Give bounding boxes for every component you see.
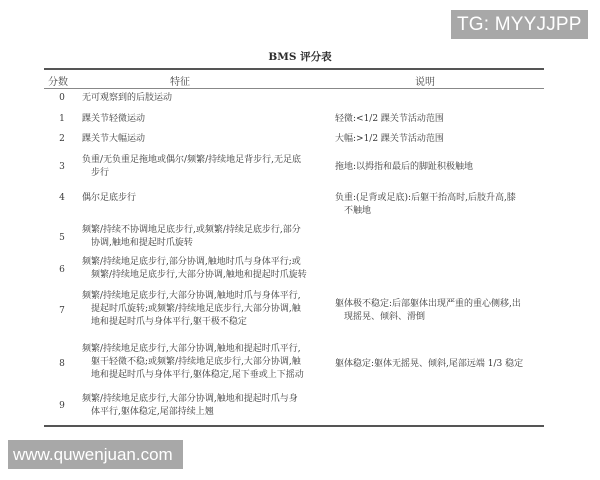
row-feature: 踝关节大幅运动 — [82, 133, 318, 146]
table-top-rule — [44, 68, 544, 70]
header-rule — [44, 88, 544, 89]
row-feature: 无可观察到的后肢运动 — [82, 92, 318, 105]
table-title: BMS 评分表 — [0, 49, 600, 64]
row-note: 躯体稳定:躯体无摇晃、倾斜,尾部远端 1/3 稳定 — [335, 358, 540, 371]
watermark-bottom: www.quwenjuan.com — [8, 440, 183, 469]
header-feature: 特征 — [170, 73, 190, 88]
row-score: 6 — [57, 264, 67, 277]
row-feature: 踝关节轻微运动 — [82, 113, 318, 126]
row-score: 1 — [57, 113, 67, 126]
row-score: 2 — [57, 133, 67, 146]
row-feature: 频繁/持续不协调地足底步行,或频繁/持续足底步行,部分 协调,触地和提起时爪旋转 — [82, 224, 318, 250]
row-feature: 频繁/持续地足底步行,大部分协调,触地和提起时爪与身 体平行,躯体稳定,尾部持续… — [82, 393, 318, 419]
row-score: 5 — [57, 232, 67, 245]
row-note: 大幅:>1/2 踝关节活动范围 — [335, 133, 540, 146]
row-feature: 负重/无负重足拖地或偶尔/频繁/持续地足背步行,无足底 步行 — [82, 154, 318, 180]
row-note: 负重:(足背或足底):后躯干抬高时,后肢升高,膝 不触地 — [335, 192, 540, 218]
row-score: 9 — [57, 400, 67, 413]
header-score: 分数 — [48, 73, 68, 88]
row-feature: 频繁/持续地足底步行,大部分协调,触地和提起时爪平行, 躯干轻微不稳;或频繁/持… — [82, 343, 318, 382]
row-note: 轻微:<1/2 踝关节活动范围 — [335, 113, 540, 126]
row-note: 拖地:以拇指和最后的脚趾积极触地 — [335, 161, 540, 174]
row-score: 3 — [57, 161, 67, 174]
row-feature: 频繁/持续地足底步行,大部分协调,触地时爪与身体平行, 提起时爪旋转;或频繁/持… — [82, 290, 318, 329]
row-score: 8 — [57, 358, 67, 371]
row-feature: 偶尔足底步行 — [82, 192, 318, 205]
row-note: 躯体极不稳定:后部躯体出现严重的重心侧移,出 现摇晃、倾斜、滑倒 — [335, 298, 540, 324]
watermark-top: TG: MYYJJPP — [451, 10, 588, 39]
row-score: 7 — [57, 305, 67, 318]
row-feature: 频繁/持续地足底步行,部分协调,触地时爪与身体平行;或 频繁/持续地足底步行,大… — [82, 256, 318, 282]
header-note: 说明 — [415, 73, 435, 88]
row-score: 0 — [57, 92, 67, 105]
row-score: 4 — [57, 192, 67, 205]
table-bottom-rule — [44, 425, 544, 427]
